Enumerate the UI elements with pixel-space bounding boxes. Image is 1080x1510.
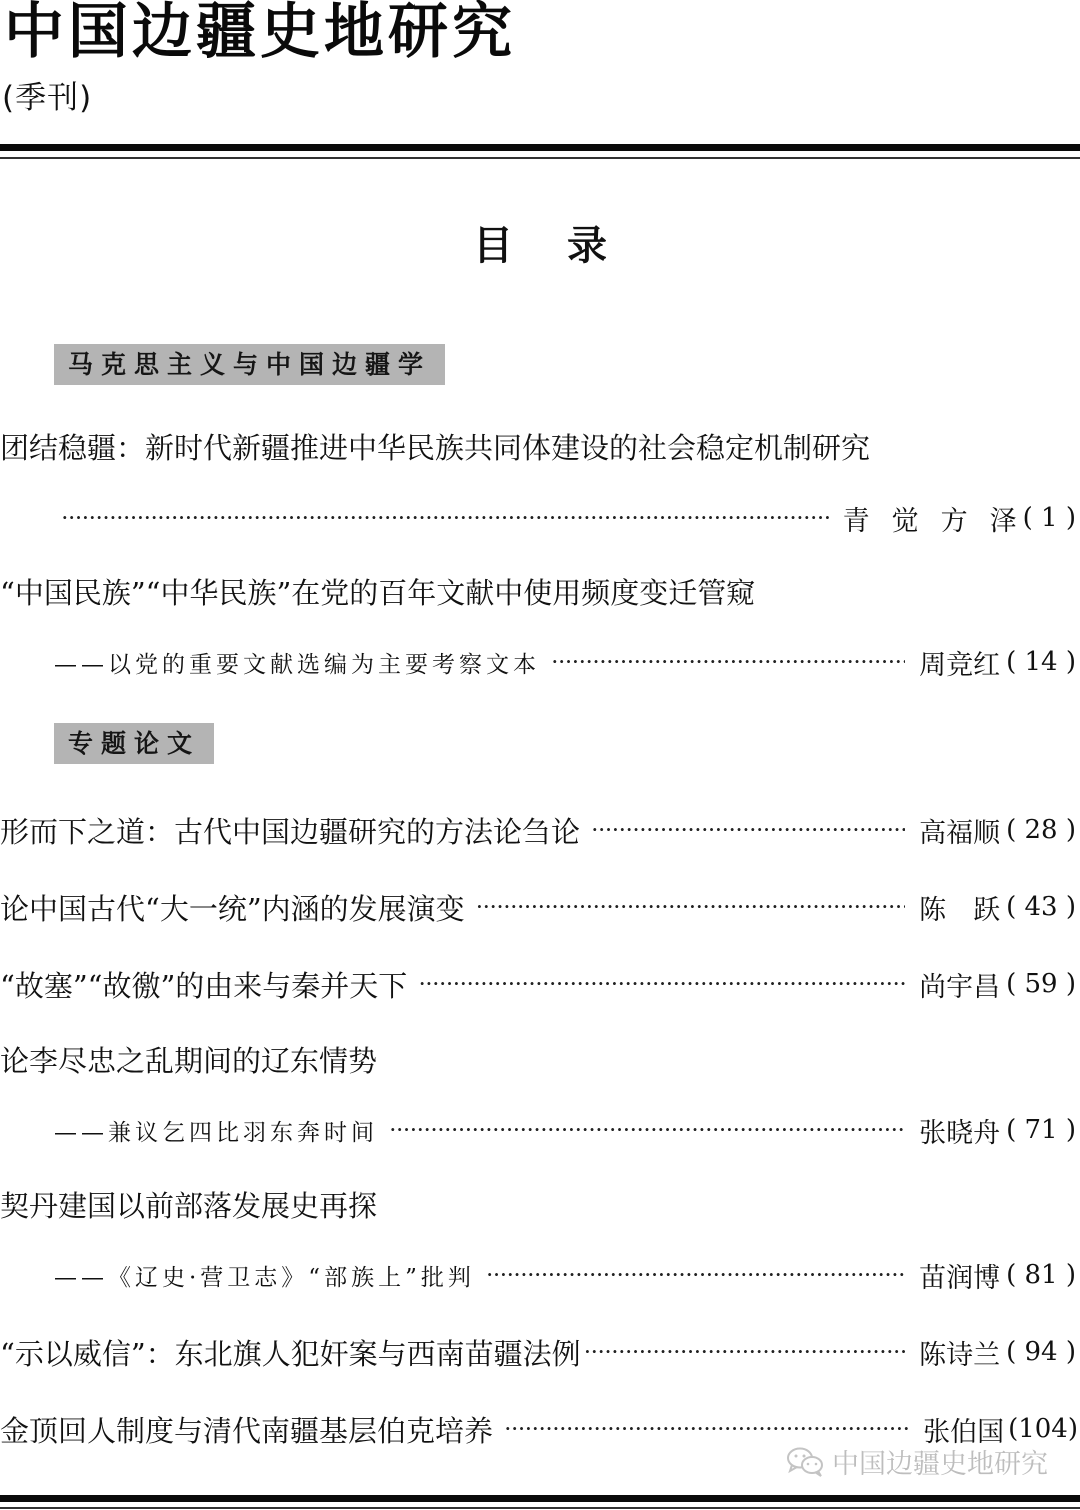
entry-subtitle: ——以党的重要文献选编为主要考察文本 bbox=[0, 646, 540, 679]
watermark-text: 中国边疆史地研究 bbox=[832, 1442, 1048, 1481]
footer-rule-thick bbox=[0, 1495, 1080, 1502]
leader-dots bbox=[419, 964, 905, 1004]
leader-dots bbox=[592, 810, 905, 850]
leader-dots bbox=[552, 642, 905, 682]
leader-dots bbox=[487, 1255, 905, 1295]
entry-title[interactable]: “示以威信”：东北旗人犯奸案与西南苗疆法例 bbox=[0, 1332, 581, 1373]
footer-rule-thin bbox=[0, 1507, 1080, 1509]
entry-author: 苗润博 bbox=[919, 1256, 1000, 1295]
entry-row: “故塞”“故徼”的由来与秦并天下 尚宇昌 ( 59 ) bbox=[0, 964, 1080, 1004]
entry-subtitle: ——兼议乞四比羽东奔时间 bbox=[0, 1114, 378, 1147]
entry-title[interactable]: 形而下之道：古代中国边疆研究的方法论刍论 bbox=[0, 810, 580, 851]
entry-row: 形而下之道：古代中国边疆研究的方法论刍论 高福顺 ( 28 ) bbox=[0, 810, 1080, 850]
watermark: 中国边疆史地研究 bbox=[786, 1442, 1048, 1481]
entry-page: ( 94 ) bbox=[1006, 1337, 1076, 1367]
entry-row: ——以党的重要文献选编为主要考察文本 周竞红 ( 14 ) bbox=[0, 642, 1080, 682]
section-tag-marxism: 马克思主义与中国边疆学 bbox=[54, 344, 445, 385]
entry-page: ( 43 ) bbox=[1006, 892, 1076, 922]
entry-page: ( 81 ) bbox=[1006, 1260, 1076, 1290]
entry-author: 陈 跃 bbox=[919, 888, 1000, 927]
entry-page: ( 14 ) bbox=[1006, 647, 1076, 677]
entry-title[interactable]: 金顶回人制度与清代南疆基层伯克培养 bbox=[0, 1409, 493, 1450]
section-tag-special-papers: 专题论文 bbox=[54, 723, 214, 764]
entry-author: 高福顺 bbox=[919, 811, 1000, 850]
leader-dots bbox=[477, 887, 905, 927]
entry-row: 论中国古代“大一统”内涵的发展演变 陈 跃 ( 43 ) bbox=[0, 887, 1080, 927]
entry-title[interactable]: “故塞”“故徼”的由来与秦并天下 bbox=[0, 964, 407, 1005]
wechat-icon bbox=[786, 1446, 826, 1478]
leader-dots bbox=[390, 1110, 905, 1150]
leader-dots bbox=[585, 1332, 905, 1372]
entry-subtitle: ——《辽史·营卫志》“部族上”批判 bbox=[0, 1259, 475, 1292]
entry-page: (104) bbox=[1008, 1414, 1078, 1444]
entry-row: ——兼议乞四比羽东奔时间 张晓舟 ( 71 ) bbox=[0, 1110, 1080, 1150]
entry-row: ——《辽史·营卫志》“部族上”批判 苗润博 ( 81 ) bbox=[0, 1255, 1080, 1295]
toc-heading-right: 录 bbox=[567, 223, 607, 269]
header-rule-thin bbox=[0, 157, 1080, 159]
entry-page: ( 59 ) bbox=[1006, 969, 1076, 999]
header-rule-thick bbox=[0, 144, 1080, 151]
entry-author: 周竞红 bbox=[919, 643, 1000, 682]
journal-subtitle: (季刊) bbox=[2, 76, 92, 120]
leader-dots bbox=[62, 498, 829, 538]
entry-page: ( 28 ) bbox=[1006, 815, 1076, 845]
entry-author: 张晓舟 bbox=[919, 1111, 1000, 1150]
entry-title[interactable]: “中国民族”“中华民族”在党的百年文献中使用频度变迁管窥 bbox=[0, 573, 755, 613]
entry-row: “示以威信”：东北旗人犯奸案与西南苗疆法例 陈诗兰 ( 94 ) bbox=[0, 1332, 1080, 1372]
entry-row: 青觉方泽 ( 1 ) bbox=[0, 498, 1080, 538]
entry-page: ( 1 ) bbox=[1023, 503, 1076, 533]
toc-heading: 目录 bbox=[0, 218, 1080, 274]
entry-title[interactable]: 论李尽忠之乱期间的辽东情势 bbox=[0, 1041, 377, 1081]
entry-page: ( 71 ) bbox=[1006, 1115, 1076, 1145]
entry-title[interactable]: 论中国古代“大一统”内涵的发展演变 bbox=[0, 887, 465, 928]
entry-author: 陈诗兰 bbox=[919, 1333, 1000, 1372]
toc-heading-left: 目 bbox=[473, 223, 513, 269]
entry-author: 青觉方泽 bbox=[843, 499, 1039, 538]
entry-title[interactable]: 契丹建国以前部落发展史再探 bbox=[0, 1186, 377, 1226]
journal-title: 中国边疆史地研究 bbox=[4, 0, 516, 72]
entry-author: 尚宇昌 bbox=[919, 965, 1000, 1004]
entry-title[interactable]: 团结稳疆：新时代新疆推进中华民族共同体建设的社会稳定机制研究 bbox=[0, 428, 870, 468]
